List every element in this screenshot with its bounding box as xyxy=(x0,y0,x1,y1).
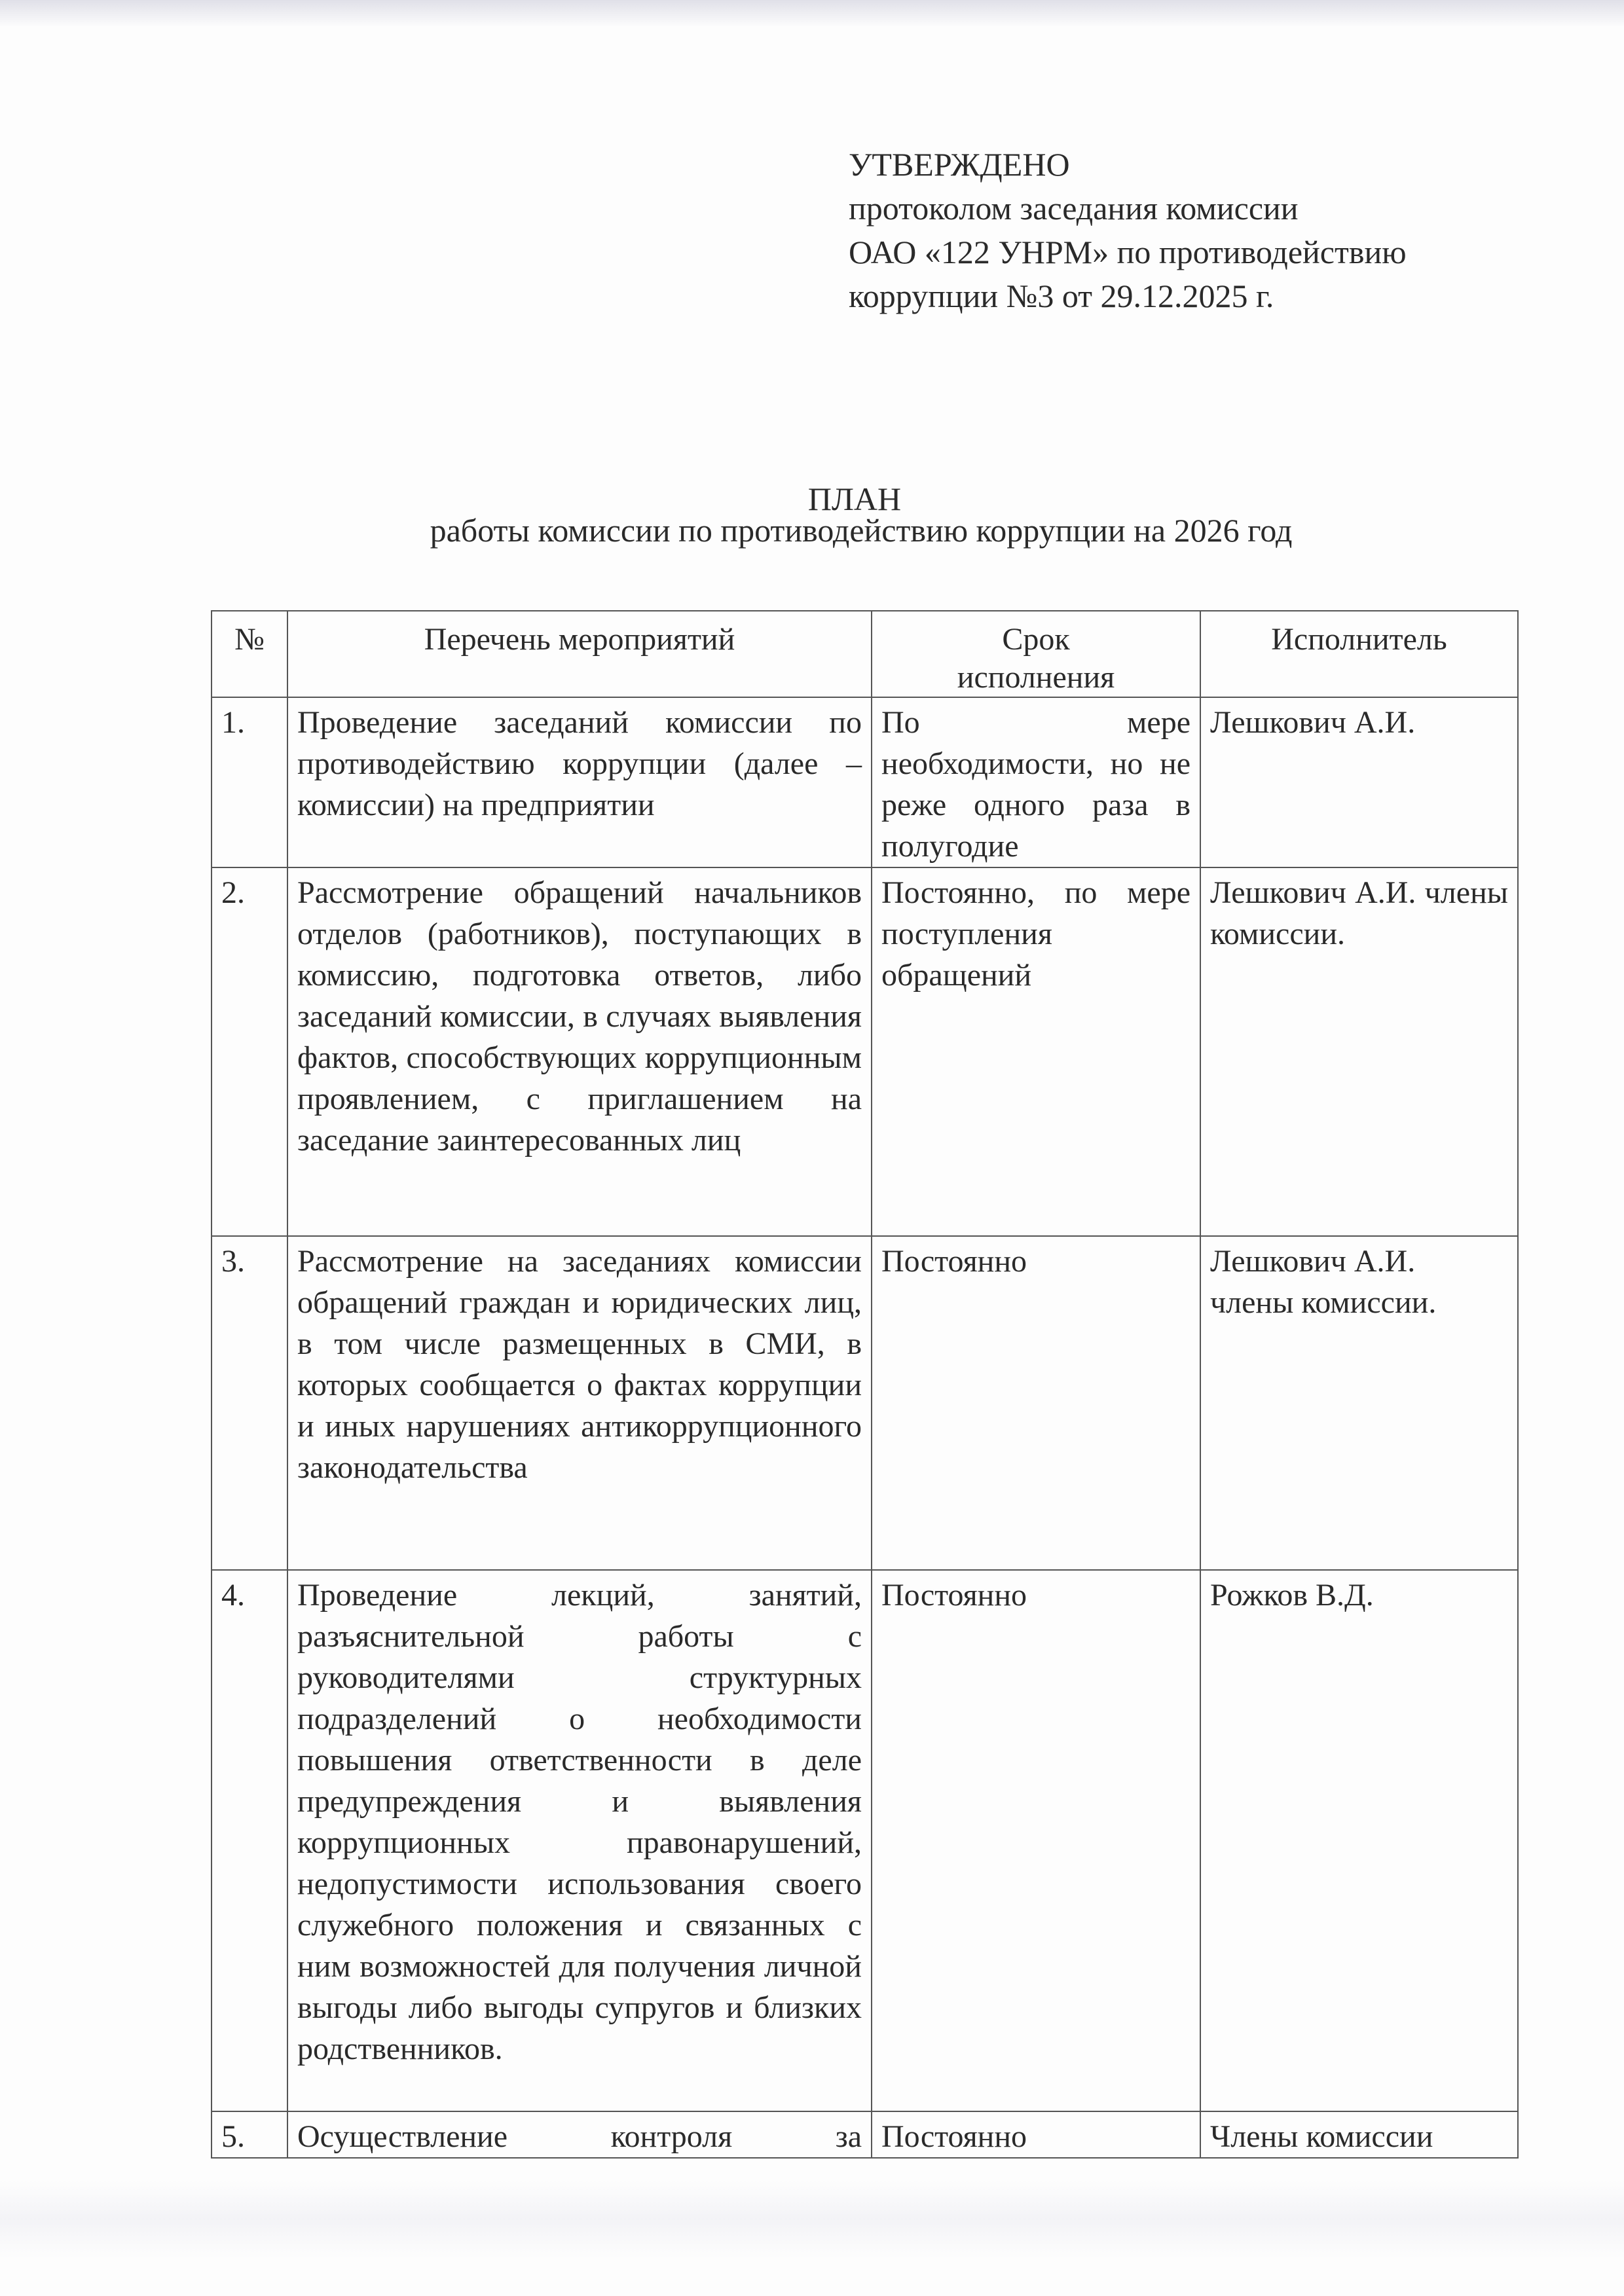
row-num: 5. xyxy=(212,2111,287,2158)
header-num: № xyxy=(212,611,287,697)
header-activity: Перечень мероприятий xyxy=(287,611,872,697)
header-term: Срок исполнения xyxy=(872,611,1200,697)
row-num: 2. xyxy=(212,867,287,1236)
row-activity: Рассмотрение обращений начальников отдел… xyxy=(287,867,872,1236)
table-row: 2. Рассмотрение обращений начальников от… xyxy=(212,867,1518,1236)
approval-line: коррупции №3 от 29.12.2025 г. xyxy=(849,274,1407,318)
row-term: Постоянно xyxy=(872,2111,1200,2158)
row-executor: Рожков В.Д. xyxy=(1200,1570,1518,2111)
row-num: 3. xyxy=(212,1236,287,1570)
approval-stamp: УТВЕРЖДЕНО протоколом заседания комиссии… xyxy=(849,143,1407,318)
row-activity: Осуществление контроля за xyxy=(287,2111,872,2158)
approval-heading: УТВЕРЖДЕНО xyxy=(849,143,1407,187)
table-header-row: № Перечень мероприятий Срок исполнения И… xyxy=(212,611,1518,697)
row-activity: Проведение заседаний комиссии по противо… xyxy=(287,697,872,867)
table-row: 4. Проведение лекций, занятий, разъяснит… xyxy=(212,1570,1518,2111)
row-executor: Лешкович А.И. члены комиссии. xyxy=(1200,1236,1518,1570)
table-row: 5. Осуществление контроля за Постоянно Ч… xyxy=(212,2111,1518,2158)
row-activity: Проведение лекций, занятий, разъяснитель… xyxy=(287,1570,872,2111)
row-term: По мере необходимости, но не реже одного… xyxy=(872,697,1200,867)
scan-artifact-top xyxy=(0,0,1624,26)
plan-table: № Перечень мероприятий Срок исполнения И… xyxy=(211,610,1519,2159)
row-term: Постоянно, по мере поступления обращений xyxy=(872,867,1200,1236)
row-executor: Члены комиссии xyxy=(1200,2111,1518,2158)
document-subtitle: работы комиссии по противодействию корру… xyxy=(0,511,1624,550)
header-executor: Исполнитель xyxy=(1200,611,1518,697)
scan-artifact-bottom xyxy=(0,2180,1624,2259)
table-row: 3. Рассмотрение на заседаниях комиссии о… xyxy=(212,1236,1518,1570)
approval-line: ОАО «122 УНРМ» по противодействию xyxy=(849,230,1407,274)
row-num: 4. xyxy=(212,1570,287,2111)
row-executor: Лешкович А.И. члены комиссии. xyxy=(1200,867,1518,1236)
row-executor: Лешкович А.И. xyxy=(1200,697,1518,867)
table-row: 1. Проведение заседаний комиссии по прот… xyxy=(212,697,1518,867)
row-term: Постоянно xyxy=(872,1236,1200,1570)
approval-line: протоколом заседания комиссии xyxy=(849,187,1407,230)
row-term: Постоянно xyxy=(872,1570,1200,2111)
row-num: 1. xyxy=(212,697,287,867)
row-activity: Рассмотрение на заседаниях комиссии обра… xyxy=(287,1236,872,1570)
